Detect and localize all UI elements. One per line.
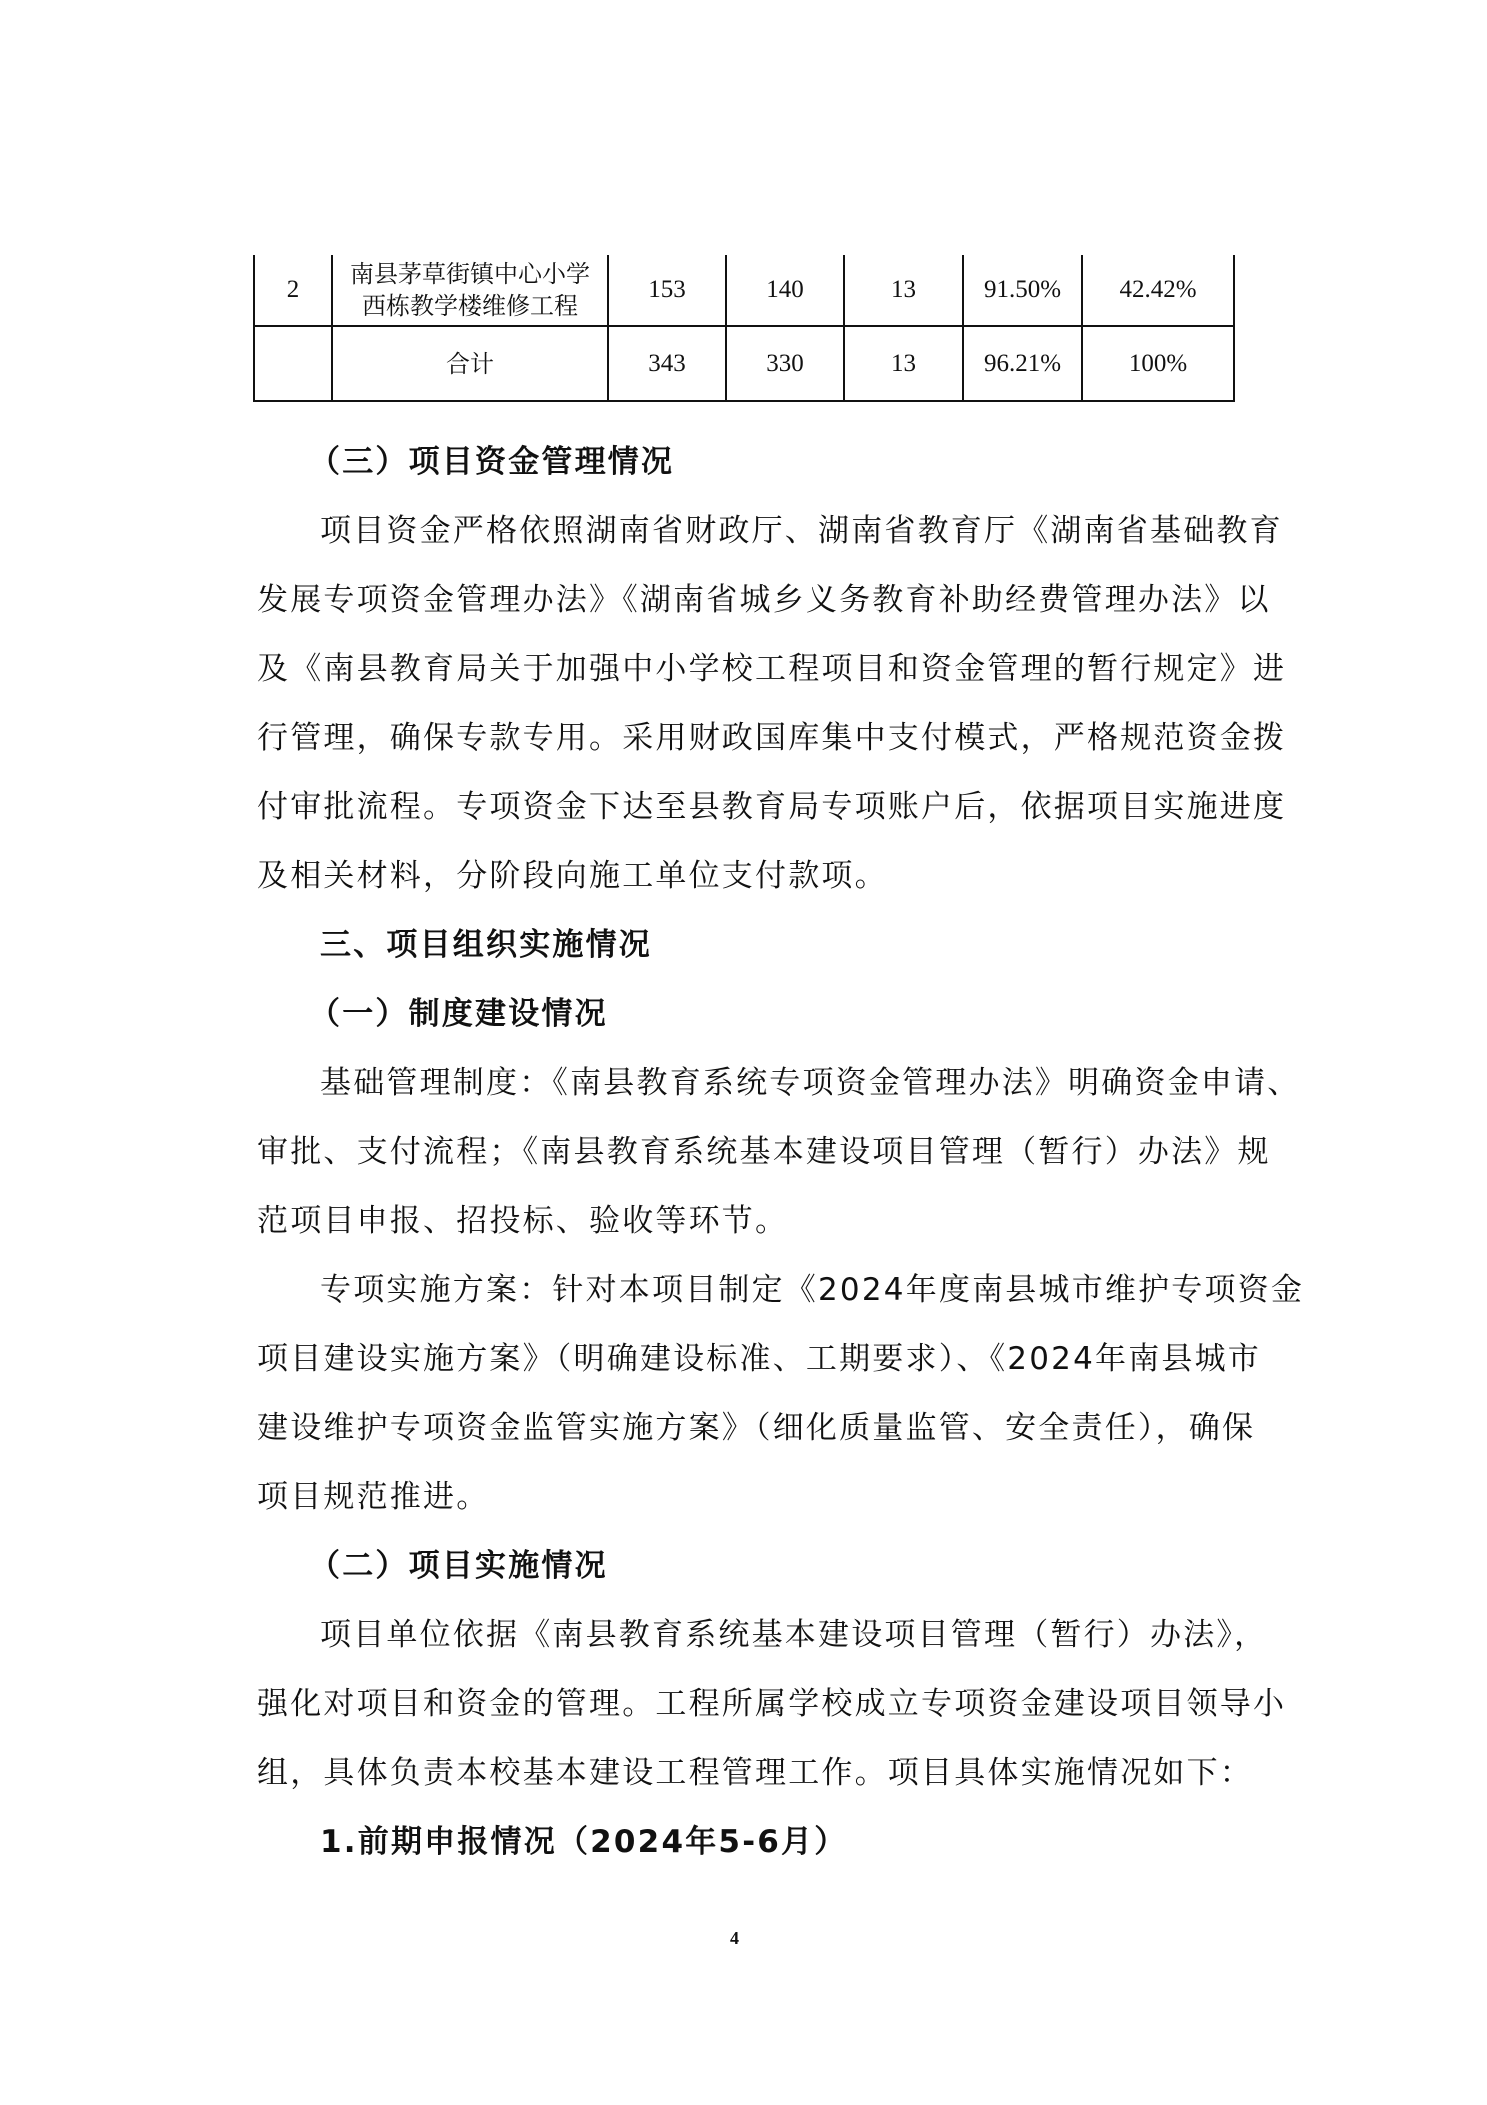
text-line: 建设维护专项资金监管实施方案》（细化质量监管、安全责任），确保 bbox=[257, 1394, 1237, 1463]
cell-value: 13 bbox=[844, 326, 963, 401]
text-line: 组，具体负责本校基本建设工程管理工作。项目具体实施情况如下： bbox=[257, 1739, 1237, 1808]
text-line: 项目单位依据《南县教育系统基本建设项目管理（暂行）办法》， bbox=[257, 1601, 1237, 1670]
text-line: 审批、支付流程；《南县教育系统基本建设项目管理（暂行）办法》规 bbox=[257, 1118, 1237, 1187]
page-number: 4 bbox=[730, 1928, 739, 1949]
paragraph-basic-system: 基础管理制度：《南县教育系统专项资金管理办法》明确资金申请、 审批、支付流程；《… bbox=[257, 1049, 1237, 1256]
cell-value: 343 bbox=[608, 326, 726, 401]
cell-value: 330 bbox=[726, 326, 844, 401]
heading-fund-management: （三）项目资金管理情况 bbox=[257, 428, 1237, 497]
text-line: 专项实施方案：针对本项目制定《2024年度南县城市维护专项资金 bbox=[257, 1256, 1237, 1325]
cell-value: 13 bbox=[844, 255, 963, 326]
heading-system-building: （一）制度建设情况 bbox=[257, 980, 1237, 1049]
paragraph-fund-management: 项目资金严格依照湖南省财政厅、湖南省教育厅《湖南省基础教育 发展专项资金管理办法… bbox=[257, 497, 1237, 911]
cell-no: 2 bbox=[254, 255, 332, 326]
paragraph-special-plan: 专项实施方案：针对本项目制定《2024年度南县城市维护专项资金 项目建设实施方案… bbox=[257, 1256, 1237, 1532]
text-line: 强化对项目和资金的管理。工程所属学校成立专项资金建设项目领导小 bbox=[257, 1670, 1237, 1739]
text-line: 及《南县教育局关于加强中小学校工程项目和资金管理的暂行规定》进 bbox=[257, 635, 1237, 704]
paragraph-project-implementation: 项目单位依据《南县教育系统基本建设项目管理（暂行）办法》， 强化对项目和资金的管… bbox=[257, 1601, 1237, 1808]
table-row: 2 南县茅草街镇中心小学 西栋教学楼维修工程 153 140 13 91.50%… bbox=[254, 255, 1234, 326]
cell-total-label: 合计 bbox=[332, 326, 608, 401]
text-line: 及相关材料，分阶段向施工单位支付款项。 bbox=[257, 842, 1237, 911]
document-body: （三）项目资金管理情况 项目资金严格依照湖南省财政厅、湖南省教育厅《湖南省基础教… bbox=[257, 428, 1237, 1877]
cell-value: 153 bbox=[608, 255, 726, 326]
text-line: 发展专项资金管理办法》《湖南省城乡义务教育补助经费管理办法》以 bbox=[257, 566, 1237, 635]
heading-preliminary-application: 1.前期申报情况（2024年5-6月） bbox=[257, 1808, 1237, 1877]
text-line: 项目资金严格依照湖南省财政厅、湖南省教育厅《湖南省基础教育 bbox=[257, 497, 1237, 566]
cell-no bbox=[254, 326, 332, 401]
project-name-line2: 西栋教学楼维修工程 bbox=[333, 290, 607, 322]
text-line: 范项目申报、招投标、验收等环节。 bbox=[257, 1187, 1237, 1256]
text-line: 基础管理制度：《南县教育系统专项资金管理办法》明确资金申请、 bbox=[257, 1049, 1237, 1118]
heading-project-implementation: （二）项目实施情况 bbox=[257, 1532, 1237, 1601]
cell-project-name: 南县茅草街镇中心小学 西栋教学楼维修工程 bbox=[332, 255, 608, 326]
cell-value: 91.50% bbox=[963, 255, 1082, 326]
cell-value: 42.42% bbox=[1082, 255, 1234, 326]
text-line: 行管理，确保专款专用。采用财政国库集中支付模式，严格规范资金拨 bbox=[257, 704, 1237, 773]
project-name-line1: 南县茅草街镇中心小学 bbox=[333, 258, 607, 290]
text-line: 项目建设实施方案》（明确建设标准、工期要求）、《2024年南县城市 bbox=[257, 1325, 1237, 1394]
table-row-total: 合计 343 330 13 96.21% 100% bbox=[254, 326, 1234, 401]
cell-value: 140 bbox=[726, 255, 844, 326]
cell-value: 100% bbox=[1082, 326, 1234, 401]
text-line: 项目规范推进。 bbox=[257, 1463, 1237, 1532]
cell-value: 96.21% bbox=[963, 326, 1082, 401]
document-page: 2 南县茅草街镇中心小学 西栋教学楼维修工程 153 140 13 91.50%… bbox=[0, 0, 1487, 2105]
heading-organization-implementation: 三、项目组织实施情况 bbox=[257, 911, 1237, 980]
text-line: 付审批流程。专项资金下达至县教育局专项账户后，依据项目实施进度 bbox=[257, 773, 1237, 842]
funding-table: 2 南县茅草街镇中心小学 西栋教学楼维修工程 153 140 13 91.50%… bbox=[253, 255, 1235, 402]
